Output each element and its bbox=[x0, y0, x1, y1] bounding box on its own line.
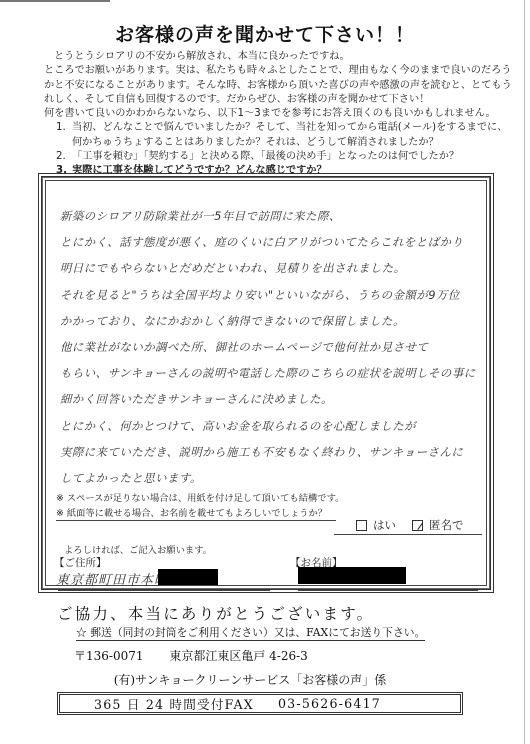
question-number: 1. bbox=[44, 121, 66, 150]
fax-box: 365 日 24 時間受付FAX 03-5626-6417 bbox=[57, 692, 463, 715]
question-item: 2. 「工事を頼む」「契約する」と決める際、「最後の決め手」となったのは何でした… bbox=[44, 150, 514, 164]
question-text: 当初、どんなことで悩んでいましたか？そして、当社を知ってから電話(メール)をする… bbox=[66, 121, 514, 150]
intro-paragraph: とうとうシロアリの不安から解放され、本当に良かったですね。 bbox=[44, 50, 514, 64]
address-underline bbox=[58, 590, 270, 591]
handwritten-line: かかっており、なにかおかしく納得できないので保留しました。 bbox=[60, 308, 490, 334]
fax-label: 365 日 24 時間受付FAX bbox=[94, 694, 254, 713]
handwritten-line: 実際に来ていただき、説明から施工も不安もなく終わり、サンキョーさんに bbox=[60, 439, 490, 465]
address-label: 【ご住所】 bbox=[54, 555, 107, 570]
checkbox-anonymous[interactable] bbox=[412, 520, 423, 531]
name-redaction bbox=[298, 567, 406, 584]
scan-edge-right bbox=[524, 0, 525, 744]
question-text: 「工事を頼む」「契約する」と決める際、「最後の決め手」となったのは何でしたか？ bbox=[66, 150, 514, 164]
zip-code: 〒136-0071 bbox=[74, 649, 144, 663]
handwritten-line: 明日にでもやらないとだめだといわれ、見積りを出されました。 bbox=[60, 255, 490, 281]
request-text: よろしければ、ご記入お願います。 bbox=[64, 542, 212, 556]
handwritten-line: 細かく回答いただきサンキョーさんに決めました。 bbox=[60, 386, 490, 412]
checkbox-anonymous-label: 匿名で bbox=[429, 517, 464, 533]
company-address: 〒136-0071 東京都江東区亀戸 4-26-3 bbox=[74, 647, 308, 664]
page-title: お客様の声を聞かせて下さい！！ bbox=[0, 20, 530, 47]
handwritten-response: 新築のシロアリ防除業社が一5年目で訪問に来た際、 とにかく、話す態度が悪く、庭の… bbox=[60, 203, 490, 491]
company-name: (有)サンキョークリーンサービス「お客様の声」係 bbox=[0, 671, 530, 688]
thanks-message: ご協力、本当にありがとうございます。 bbox=[57, 602, 374, 624]
handwritten-line: してよかったと思います。 bbox=[60, 465, 490, 491]
space-note: ※ スペースが足りない場合は、用紙を付け足して頂いても結構です。 bbox=[56, 490, 344, 504]
question-number: 2. bbox=[44, 150, 66, 164]
publish-question: ※ 紙面等に載せる場合、お名前を載せてもよろしいでしょうか？ bbox=[56, 505, 336, 521]
name-underline bbox=[298, 590, 478, 591]
handwritten-line: とにかく、話す態度が悪く、庭のくいに白アリがついてたらこれをとばかり bbox=[60, 229, 490, 255]
address-redaction bbox=[158, 569, 218, 585]
handwritten-line: もらい、サンキョーさんの説明や電話した際のこちらの症状を説明しその事に bbox=[60, 360, 490, 386]
response-box: 新築のシロアリ防除業社が一5年目で訪問に来た際、 とにかく、話す態度が悪く、庭の… bbox=[38, 173, 494, 593]
checkbox-yes-label: はい bbox=[373, 517, 396, 533]
handwritten-line: それを見ると"うちは全国平均より安い"といいながら、うちの金額が9万位 bbox=[60, 282, 490, 308]
intro-paragraph: 何を書いて良いのかわからないなら、以下1～3までを参考にお答え頂くのも良いかもし… bbox=[44, 107, 514, 121]
intro-section: とうとうシロアリの不安から解放され、本当に良かったですね。 ところでお願いがあり… bbox=[44, 50, 514, 179]
intro-paragraph: ところでお願いがあります。実は、私たちも時々ふとしたことで、理由もなく今のままで… bbox=[44, 64, 514, 107]
handwritten-line: とにかく、何かとつけて、高いお金を取られるのを心配しましたが bbox=[60, 413, 490, 439]
handwritten-line: 他に業社がないか調べた所、御社のホームページで他何社か見させて bbox=[60, 334, 490, 360]
fax-number: 03-5626-6417 bbox=[278, 696, 381, 711]
scan-edge-top bbox=[0, 0, 110, 2]
name-consent-options: はい 匿名で bbox=[334, 517, 482, 535]
mail-instruction: ☆ 郵送（同封の封筒をご利用ください）又は、FAXにてお送り下さい。 bbox=[76, 625, 425, 641]
question-item: 1. 当初、どんなことで悩んでいましたか？そして、当社を知ってから電話(メール)… bbox=[44, 121, 514, 150]
handwritten-line: 新築のシロアリ防除業社が一5年目で訪問に来た際、 bbox=[60, 203, 490, 229]
checkbox-yes[interactable] bbox=[356, 520, 367, 531]
street-address: 東京都江東区亀戸 4-26-3 bbox=[169, 649, 307, 663]
